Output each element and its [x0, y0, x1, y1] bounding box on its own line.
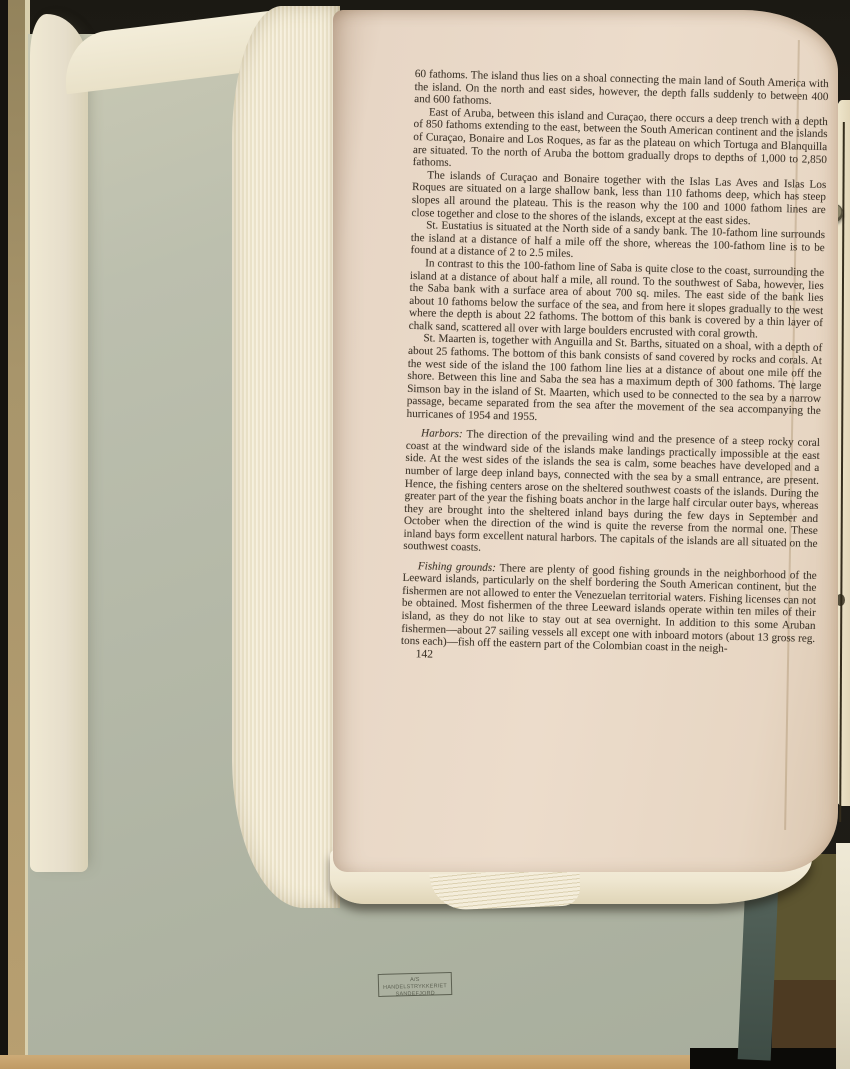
printer-stamp: A/S HANDELSTRYKKERIET SANDEFJORD: [378, 972, 453, 997]
fanned-page-corners: [429, 869, 580, 910]
paragraph-fishing-grounds: Fishing grounds: There are plenty of goo…: [401, 559, 817, 657]
paper-edge-right: [836, 843, 850, 1069]
table-edge: [0, 1055, 705, 1069]
paragraph-text: 60 fathoms. The island thus lies on a sh…: [414, 68, 829, 107]
paragraph-text: East of Aruba, between this island and C…: [413, 106, 828, 169]
paragraph-text: St. Maarten is, together with Anguilla a…: [406, 333, 822, 423]
page-text-block: 60 fathoms. The island thus lies on a sh…: [401, 68, 829, 670]
paragraph-lead-in: Harbors:: [421, 427, 463, 440]
paragraph-text: The islands of Curaçao and Bonaire toget…: [411, 169, 826, 227]
book-photo: A/S HANDELSTRYKKERIET SANDEFJORD 60 fath…: [0, 0, 850, 1069]
page-stack-fore-edge: [232, 6, 340, 908]
paragraph-lead-in: Fishing grounds:: [418, 560, 496, 574]
printer-stamp-line-1: A/S HANDELSTRYKKERIET: [379, 976, 451, 992]
paragraph-text: The direction of the prevailing wind and…: [403, 428, 820, 554]
paragraph: In contrast to this the 100-fathom line …: [409, 257, 825, 343]
paragraph: St. Maarten is, together with Anguilla a…: [406, 332, 822, 430]
left-page-curl: [30, 14, 88, 872]
paragraph-text: There are plenty of good fishing grounds…: [401, 562, 817, 655]
paragraph: East of Aruba, between this island and C…: [413, 106, 828, 179]
paragraph-text: In contrast to this the 100-fathom line …: [409, 257, 825, 340]
paragraph-harbors: Harbors: The direction of the prevailing…: [403, 427, 820, 563]
book-cover-edge: [8, 0, 25, 1069]
book-page-142: 60 fathoms. The island thus lies on a sh…: [333, 10, 838, 872]
